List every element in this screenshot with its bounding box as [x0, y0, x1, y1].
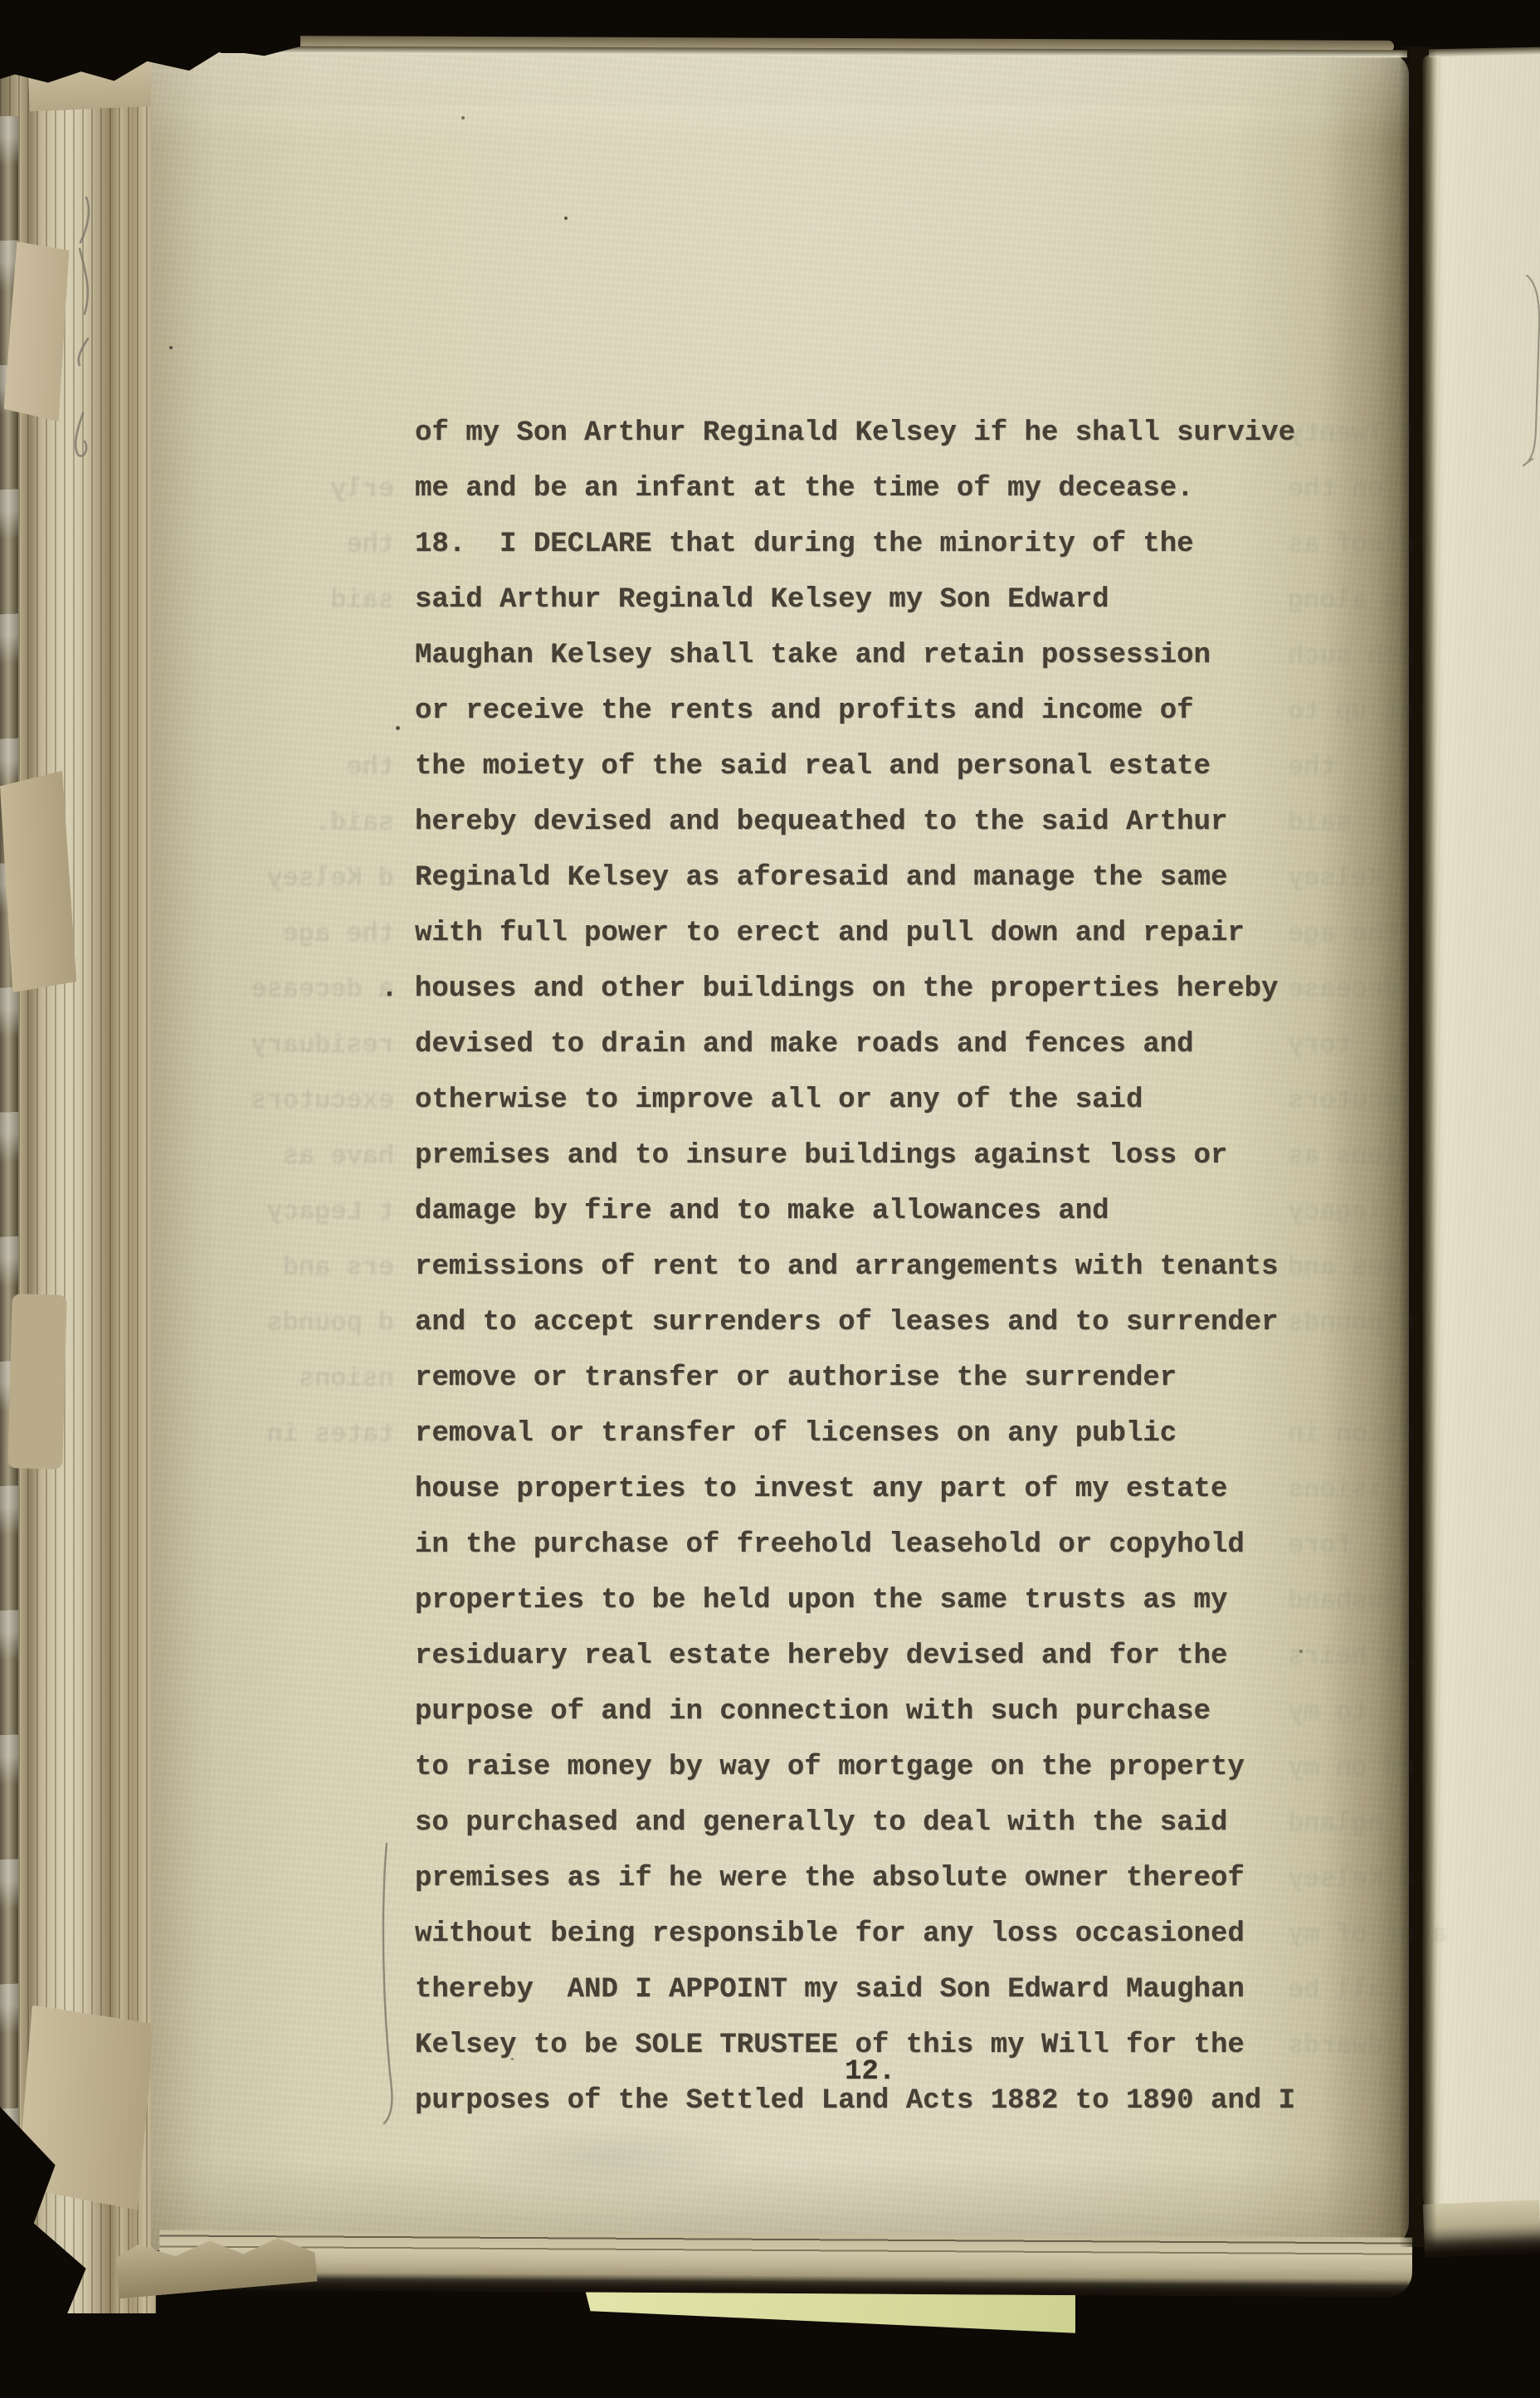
bleedthrough-fragment — [154, 1518, 394, 1573]
bleedthrough-fragment — [154, 1907, 394, 1962]
text-line: premises and to insure buildings against… — [415, 1128, 1344, 1184]
text-line: properties to be held upon the same trus… — [415, 1573, 1344, 1629]
text-line: . houses and other buildings on the prop… — [381, 962, 1344, 1017]
bleedthrough-fragment — [154, 2018, 394, 2074]
text-line: hereby devised and bequeathed to the sai… — [415, 795, 1344, 851]
bleedthrough-fragment: tates in — [154, 1406, 394, 1462]
text-line: Maughan Kelsey shall take and retain pos… — [415, 628, 1344, 684]
bleedthrough-fragment — [154, 406, 394, 461]
bleedthrough-fragment — [154, 684, 394, 739]
text-line: remissions of rent to and arrangements w… — [415, 1240, 1344, 1295]
text-line: purpose of and in connection with such p… — [415, 1684, 1344, 1740]
bleedthrough-fragment: nsions — [154, 1351, 394, 1406]
text-line: devised to drain and make roads and fenc… — [415, 1017, 1344, 1073]
bleedthrough-fragment — [154, 1462, 394, 1518]
book-photo: erlythesaid thesaid.d Kelseythe agea dec… — [0, 0, 1540, 2398]
text-line: so purchased and generally to deal with … — [415, 1796, 1344, 1851]
facing-page-bottom-edge — [1423, 2200, 1540, 2257]
bleedthrough-fragment — [154, 1740, 394, 1796]
text-line: the moiety of the said real and personal… — [415, 739, 1344, 795]
typewritten-text: of my Son Arthur Reginald Kelsey if he s… — [415, 239, 1344, 2129]
bleedthrough-fragment — [154, 1851, 394, 1907]
bleedthrough-text-left: erlythesaid thesaid.d Kelseythe agea dec… — [154, 239, 394, 2129]
bleedthrough-fragment: ers and — [154, 1240, 394, 1295]
bleedthrough-fragment — [154, 1573, 394, 1629]
text-line: to raise money by way of mortgage on the… — [415, 1740, 1344, 1796]
text-line: in the purchase of freehold leasehold or… — [415, 1518, 1344, 1573]
bleedthrough-fragment: d pounds — [154, 1295, 394, 1351]
bleedthrough-fragment: erly — [154, 461, 394, 517]
text-line: without being responsible for any loss o… — [415, 1907, 1344, 1962]
text-line: said Arthur Reginald Kelsey my Son Edwar… — [415, 573, 1344, 628]
text-line: Reginald Kelsey as aforesaid and manage … — [415, 851, 1344, 906]
bleedthrough-fragment — [154, 1629, 394, 1684]
bleedthrough-fragment — [154, 1684, 394, 1740]
book-gutter — [1399, 46, 1437, 2247]
bleedthrough-fragment: executors — [154, 1073, 394, 1128]
text-line: 18. I DECLARE that during the minority o… — [415, 517, 1344, 573]
bleedthrough-fragment: the — [154, 739, 394, 795]
text-line: remove or transfer or authorise the surr… — [415, 1351, 1344, 1406]
bleedthrough-fragment: the age — [154, 906, 394, 962]
paper-speck — [1299, 1650, 1303, 1653]
text-line: premises as if he were the absolute owne… — [415, 1851, 1344, 1907]
text-line: residuary real estate hereby devised and… — [415, 1629, 1344, 1684]
bleedthrough-fragment: said — [154, 573, 394, 628]
bleedthrough-fragment — [154, 1962, 394, 2018]
text-line: damage by fire and to make allowances an… — [415, 1184, 1344, 1240]
torn-paper-piece — [7, 1294, 66, 1470]
bleedthrough-fragment: d Kelsey — [154, 851, 394, 906]
paper-speck — [461, 116, 465, 119]
bleedthrough-fragment: t Legacy — [154, 1184, 394, 1240]
page-number: 12. — [845, 2056, 895, 2088]
text-line: otherwise to improve all or any of the s… — [415, 1073, 1344, 1128]
text-line: me and be an infant at the time of my de… — [415, 461, 1344, 517]
paper-speck — [564, 217, 568, 220]
text-line: of my Son Arthur Reginald Kelsey if he s… — [415, 406, 1344, 461]
bleedthrough-fragment: a decease — [154, 962, 394, 1017]
text-line: house properties to invest any part of m… — [415, 1462, 1344, 1518]
text-line: removal or transfer of licenses on any p… — [415, 1406, 1344, 1462]
paper-speck — [396, 726, 400, 730]
text-line: and to accept surrenders of leases and t… — [415, 1295, 1344, 1351]
bleedthrough-fragment — [154, 2074, 394, 2129]
page-bottom-edge — [159, 2230, 1412, 2297]
bleedthrough-fragment — [154, 628, 394, 684]
text-line: thereby AND I APPOINT my said Son Edward… — [415, 1962, 1344, 2018]
binding-gloss-strip — [0, 116, 18, 2191]
ink-smudge — [465, 2124, 747, 2191]
text-line: or receive the rents and profits and inc… — [415, 684, 1344, 739]
bleedthrough-fragment: have as — [154, 1128, 394, 1184]
paper-speck — [169, 346, 173, 349]
text-line: with full power to erect and pull down a… — [415, 906, 1344, 962]
bleedthrough-fragment — [154, 1796, 394, 1851]
paper-speck — [511, 2058, 514, 2060]
bleedthrough-fragment: the — [154, 517, 394, 573]
bleedthrough-fragment: residuary — [154, 1017, 394, 1073]
bleedthrough-fragment: said. — [154, 795, 394, 851]
